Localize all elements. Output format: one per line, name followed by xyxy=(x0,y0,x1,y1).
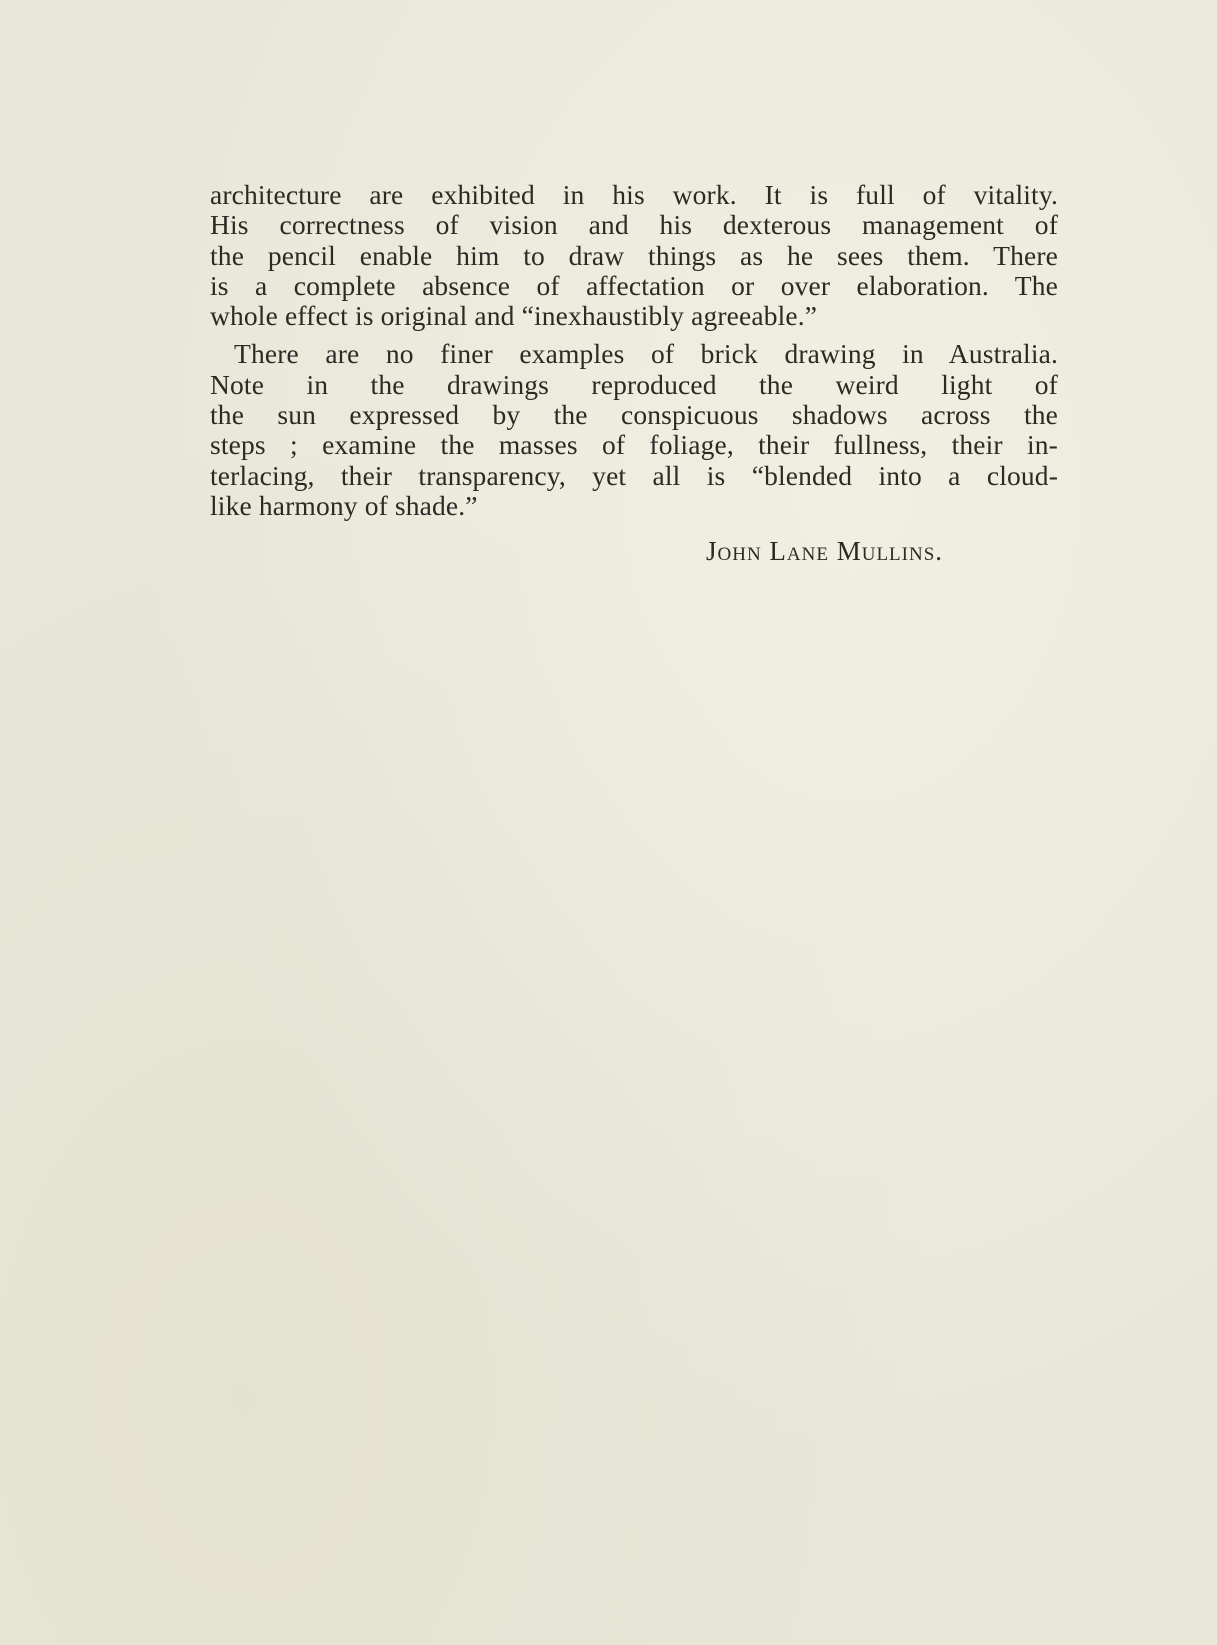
text-line: terlacing, their transparency, yet all i… xyxy=(210,461,1058,491)
paragraph-1: architecture are exhibited in his work. … xyxy=(210,180,1058,331)
text-line: the sun expressed by the conspicuous sha… xyxy=(210,400,1058,430)
author-signature: John Lane Mullins. xyxy=(706,536,943,567)
text-line: There are no finer examples of brick dra… xyxy=(210,339,1058,369)
text-line: the pencil enable him to draw things as … xyxy=(210,241,1058,271)
text-line: Note in the drawings reproduced the weir… xyxy=(210,370,1058,400)
text-line: whole effect is original and “inexhausti… xyxy=(210,301,1058,331)
text-line: steps ; examine the masses of foliage, t… xyxy=(210,430,1058,460)
document-page: architecture are exhibited in his work. … xyxy=(0,0,1217,1645)
text-line: His correctness of vision and his dexter… xyxy=(210,210,1058,240)
text-line: is a complete absence of affectation or … xyxy=(210,271,1058,301)
body-text: architecture are exhibited in his work. … xyxy=(210,180,1058,521)
paragraph-2: There are no finer examples of brick dra… xyxy=(210,339,1058,521)
text-line: like harmony of shade.” xyxy=(210,491,1058,521)
text-line: architecture are exhibited in his work. … xyxy=(210,180,1058,210)
